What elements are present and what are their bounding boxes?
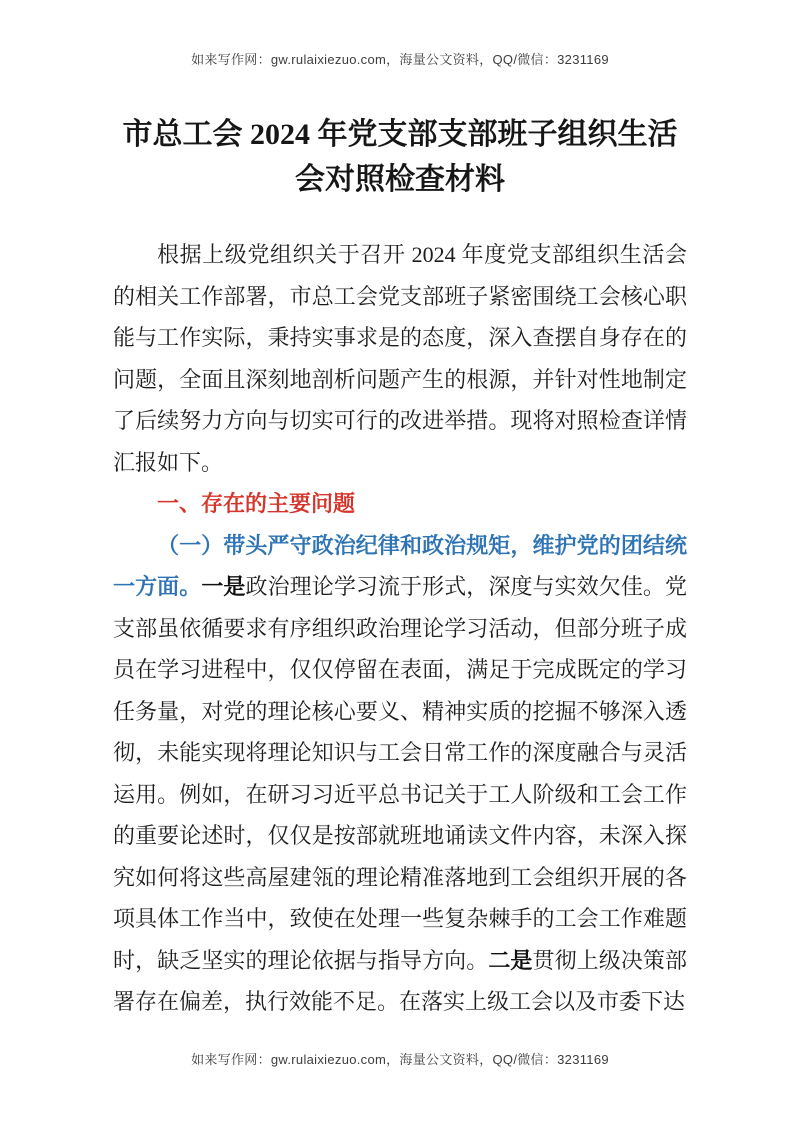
page-header: 如来写作网：gw.rulaixiezuo.com，海量公文资料，QQ/微信：32…: [0, 49, 800, 68]
page-footer: 如来写作网：gw.rulaixiezuo.com，海量公文资料，QQ/微信：32…: [0, 1049, 800, 1068]
section-heading-problems: 一、存在的主要问题: [113, 483, 687, 525]
document-body: 市总工会 2024 年党支部支部班子组织生活会对照检查材料 根据上级党组织关于召…: [113, 112, 687, 1023]
document-page: 如来写作网：gw.rulaixiezuo.com，海量公文资料，QQ/微信：32…: [0, 0, 800, 1131]
point-one-text: 政治理论学习流于形式，深度与实效欠佳。党支部虽依循要求有序组织政治理论学习活动，…: [113, 574, 687, 973]
header-watermark-text: 如来写作网：gw.rulaixiezuo.com，海量公文资料，QQ/微信：32…: [191, 52, 609, 67]
paragraph-subsection-1: （一）带头严守政治纪律和政治规矩，维护党的团结统一方面。一是政治理论学习流于形式…: [113, 525, 687, 1023]
point-two-label: 二是: [488, 948, 532, 973]
document-title: 市总工会 2024 年党支部支部班子组织生活会对照检查材料: [113, 112, 687, 202]
point-one-label: 一是: [201, 574, 245, 599]
footer-watermark-text: 如来写作网：gw.rulaixiezuo.com，海量公文资料，QQ/微信：32…: [191, 1052, 609, 1067]
paragraph-intro: 根据上级党组织关于召开 2024 年度党支部组织生活会的相关工作部署，市总工会党…: [113, 234, 687, 483]
